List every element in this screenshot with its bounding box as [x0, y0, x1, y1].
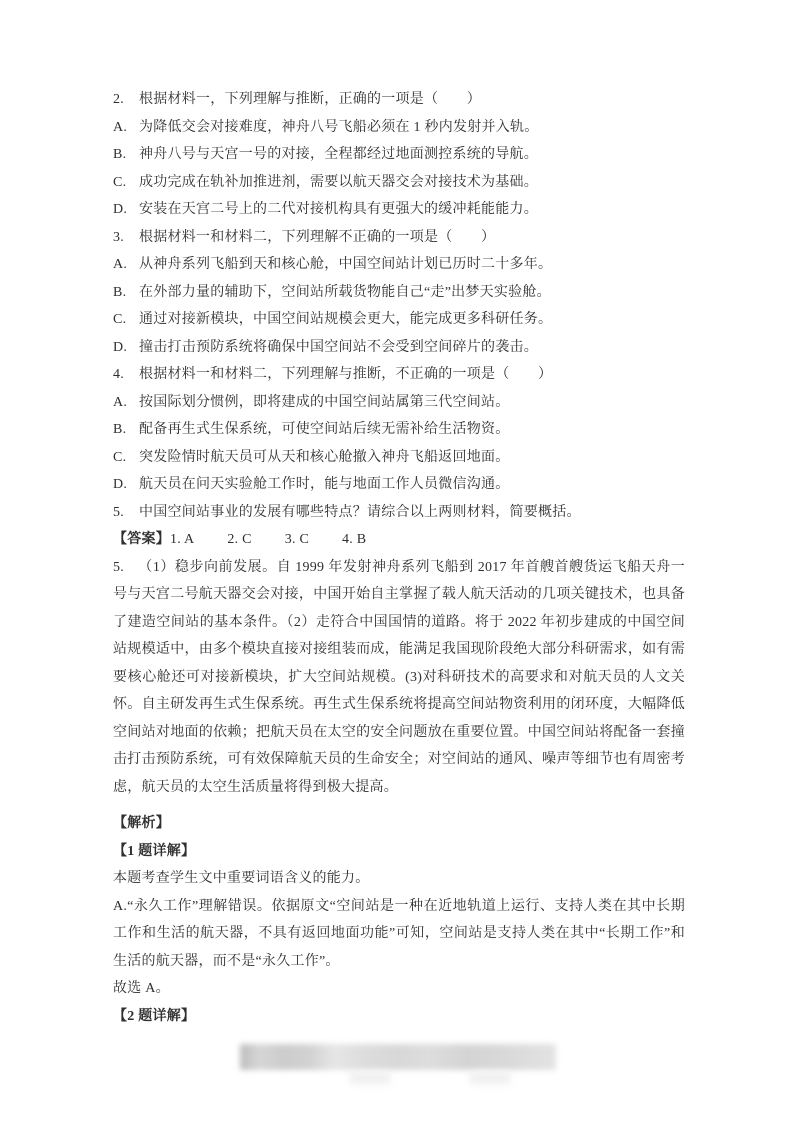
question-3-stem: 3. 根据材料一和材料二，下列理解不正确的一项是（ ）	[113, 224, 685, 252]
answer-key-line: 【答案】 1. A 2. C 3. C 4. B	[113, 526, 685, 554]
question-3-option-a: A. 从神舟系列飞船到天和核心舱，中国空间站计划已历时二十多年。	[113, 251, 685, 279]
option-label: B.	[113, 279, 139, 307]
exam-document-page: 2. 根据材料一，下列理解与推断，正确的一项是（ ） A. 为降低交会对接难度，…	[0, 0, 793, 1122]
option-text: 突发险情时航天员可从天和核心舱撤入神舟飞船返回地面。	[139, 444, 685, 472]
option-label: C.	[113, 444, 139, 472]
detail-1-intro: 本题考查学生文中重要词语含义的能力。	[113, 865, 685, 893]
option-label: D.	[113, 471, 139, 499]
option-text: 神舟八号与天宫一号的对接，全程都经过地面测控系统的导航。	[139, 141, 685, 169]
question-4-option-b: B. 配备再生式生保系统，可使空间站后续无需补给生活物资。	[113, 416, 685, 444]
option-text: 航天员在问天实验舱工作时，能与地面工作人员微信沟通。	[139, 471, 685, 499]
question-5-stem: 5. 中国空间站事业的发展有哪些特点？请综合以上两则材料，简要概括。	[113, 499, 685, 527]
question-3-option-d: D. 撞击打击预防系统将确保中国空间站不会受到空间碎片的袭击。	[113, 334, 685, 362]
watermark-blob	[350, 1072, 390, 1084]
detail-1-header: 【1 题详解】	[113, 838, 685, 866]
watermark-blob	[470, 1072, 510, 1084]
question-2-option-a: A. 为降低交会对接难度，神舟八号飞船必须在 1 秒内发射并入轨。	[113, 114, 685, 142]
option-label: C.	[113, 169, 139, 197]
question-5-number: 5.	[113, 499, 139, 527]
option-label: C.	[113, 306, 139, 334]
answer-item-2: 2. C	[227, 526, 251, 554]
option-text: 成功完成在轨补加推进剂，需要以航天器交会对接技术为基础。	[139, 169, 685, 197]
question-3-option-b: B. 在外部力量的辅助下，空间站所载货物能自己“走”出梦天实验舱。	[113, 279, 685, 307]
question-3-option-c: C. 通过对接新模块，中国空间站规模会更大，能完成更多科研任务。	[113, 306, 685, 334]
option-label: D.	[113, 196, 139, 224]
question-4-option-c: C. 突发险情时航天员可从天和核心舱撤入神舟飞船返回地面。	[113, 444, 685, 472]
question-3-text: 根据材料一和材料二，下列理解不正确的一项是（ ）	[139, 224, 685, 252]
option-text: 配备再生式生保系统，可使空间站后续无需补给生活物资。	[139, 416, 685, 444]
detail-1-conclusion: 故选 A。	[113, 975, 685, 1003]
document-content: 2. 根据材料一，下列理解与推断，正确的一项是（ ） A. 为降低交会对接难度，…	[113, 86, 685, 1030]
question-2-option-c: C. 成功完成在轨补加推进剂，需要以航天器交会对接技术为基础。	[113, 169, 685, 197]
question-5-text: 中国空间站事业的发展有哪些特点？请综合以上两则材料，简要概括。	[139, 499, 685, 527]
option-text: 从神舟系列飞船到天和核心舱，中国空间站计划已历时二十多年。	[139, 251, 685, 279]
answer-item-1: 1. A	[170, 526, 194, 554]
option-label: B.	[113, 416, 139, 444]
question-4-option-a: A. 按国际划分惯例，即将建成的中国空间站属第三代空间站。	[113, 389, 685, 417]
option-label: A.	[113, 389, 139, 417]
question-2-option-b: B. 神舟八号与天宫一号的对接，全程都经过地面测控系统的导航。	[113, 141, 685, 169]
question-4-option-d: D. 航天员在问天实验舱工作时，能与地面工作人员微信沟通。	[113, 471, 685, 499]
option-text: 撞击打击预防系统将确保中国空间站不会受到空间碎片的袭击。	[139, 334, 685, 362]
answer-5-paragraph: 5.（1）稳步向前发展。自 1999 年发射神舟系列飞船到 2017 年首艘首艘…	[113, 554, 685, 802]
question-2-number: 2.	[113, 86, 139, 114]
answer-header-label: 【答案】	[113, 526, 170, 554]
question-3-number: 3.	[113, 224, 139, 252]
answer-item-3: 3. C	[285, 526, 309, 554]
option-label: A.	[113, 114, 139, 142]
option-text: 在外部力量的辅助下，空间站所载货物能自己“走”出梦天实验舱。	[139, 279, 685, 307]
question-2-option-d: D. 安装在天宫二号上的二代对接机构具有更强大的缓冲耗能能力。	[113, 196, 685, 224]
watermark-blur-bar	[240, 1044, 556, 1070]
question-2-stem: 2. 根据材料一，下列理解与推断，正确的一项是（ ）	[113, 86, 685, 114]
option-label: A.	[113, 251, 139, 279]
question-4-stem: 4. 根据材料一和材料二，下列理解与推断，不正确的一项是（ ）	[113, 361, 685, 389]
answer-5-number: 5.	[113, 560, 124, 575]
answer-5-text: （1）稳步向前发展。自 1999 年发射神舟系列飞船到 2017 年首艘首艘货运…	[113, 560, 685, 795]
question-2-text: 根据材料一，下列理解与推断，正确的一项是（ ）	[139, 86, 685, 114]
answer-item-4: 4. B	[342, 526, 366, 554]
detail-2-header: 【2 题详解】	[113, 1003, 685, 1031]
option-text: 为降低交会对接难度，神舟八号飞船必须在 1 秒内发射并入轨。	[139, 114, 685, 142]
question-4-number: 4.	[113, 361, 139, 389]
option-text: 按国际划分惯例，即将建成的中国空间站属第三代空间站。	[139, 389, 685, 417]
analysis-header: 【解析】	[113, 810, 685, 838]
option-text: 安装在天宫二号上的二代对接机构具有更强大的缓冲耗能能力。	[139, 196, 685, 224]
option-label: B.	[113, 141, 139, 169]
detail-1-body: A.“永久工作”理解错误。依据原文“空间站是一种在近地轨道上运行、支持人类在其中…	[113, 893, 685, 976]
question-4-text: 根据材料一和材料二，下列理解与推断，不正确的一项是（ ）	[139, 361, 685, 389]
option-label: D.	[113, 334, 139, 362]
option-text: 通过对接新模块，中国空间站规模会更大，能完成更多科研任务。	[139, 306, 685, 334]
